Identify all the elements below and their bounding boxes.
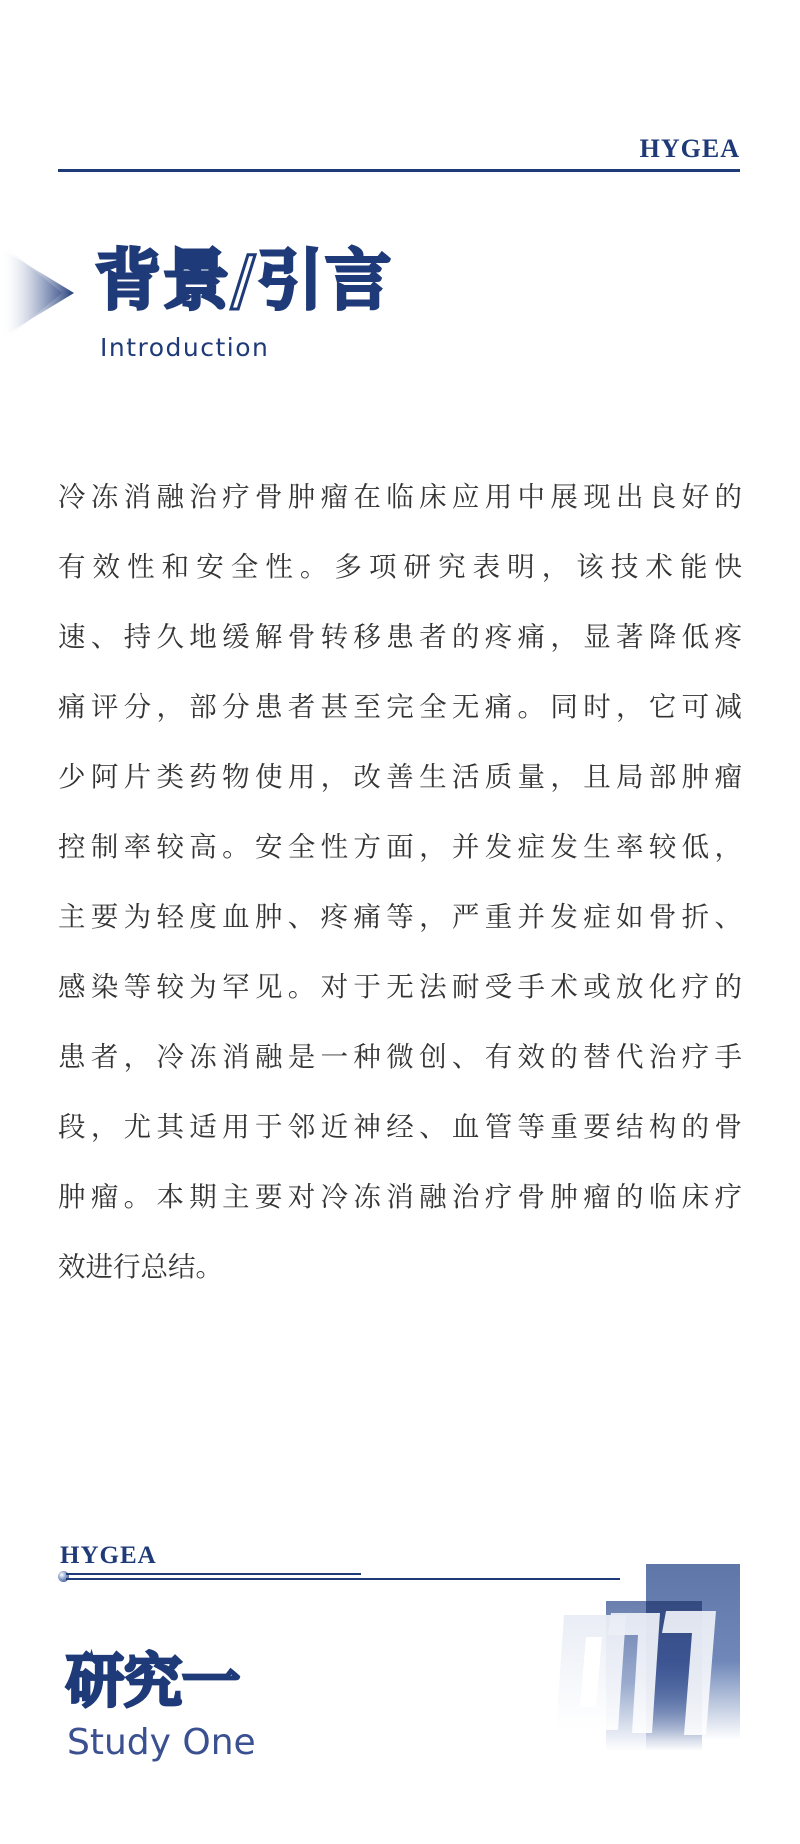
paragraph-line: 少阿片类药物使用，改善生活质量，且局部肿瘤 bbox=[58, 742, 742, 812]
study-title: 研究一 bbox=[66, 1652, 240, 1710]
study-subtitle: Study One bbox=[67, 1722, 256, 1763]
number-01-graphic bbox=[556, 1605, 756, 1735]
paragraph-line: 速、持久地缓解骨转移患者的疼痛，显著降低疼 bbox=[58, 602, 742, 672]
paragraph-line: 效进行总结。 bbox=[58, 1232, 742, 1302]
paragraph-line: 冷冻消融治疗骨肿瘤在临床应用中展现出良好的 bbox=[58, 462, 742, 532]
brand-logo-top: HYGEA bbox=[640, 134, 740, 164]
section-subtitle: Introduction bbox=[100, 333, 269, 362]
intro-paragraph: 冷冻消融治疗骨肿瘤在临床应用中展现出良好的 有效性和安全性。多项研究表明，该技术… bbox=[58, 462, 742, 1302]
paragraph-line: 患者，冷冻消融是一种微创、有效的替代治疗手 bbox=[58, 1022, 742, 1092]
footer-divider-short bbox=[66, 1573, 361, 1575]
paragraph-line: 段，尤其适用于邻近神经、血管等重要结构的骨 bbox=[58, 1092, 742, 1162]
paragraph-line: 肿瘤。本期主要对冷冻消融治疗骨肿瘤的临床疗 bbox=[58, 1162, 742, 1232]
paragraph-line: 主要为轻度血肿、疼痛等，严重并发症如骨折、 bbox=[58, 882, 742, 952]
chevron-right-gradient-icon bbox=[0, 243, 80, 343]
paragraph-line: 控制率较高。安全性方面，并发症发生率较低， bbox=[58, 812, 742, 882]
section-title: 背景/引言 bbox=[95, 248, 393, 314]
brand-logo-bottom: HYGEA bbox=[60, 1542, 157, 1570]
paragraph-line: 痛评分，部分患者甚至完全无痛。同时，它可减 bbox=[58, 672, 742, 742]
header-divider bbox=[58, 169, 740, 172]
paragraph-line: 有效性和安全性。多项研究表明，该技术能快 bbox=[58, 532, 742, 602]
paragraph-line: 感染等较为罕见。对于无法耐受手术或放化疗的 bbox=[58, 952, 742, 1022]
footer-divider-long bbox=[66, 1578, 620, 1580]
